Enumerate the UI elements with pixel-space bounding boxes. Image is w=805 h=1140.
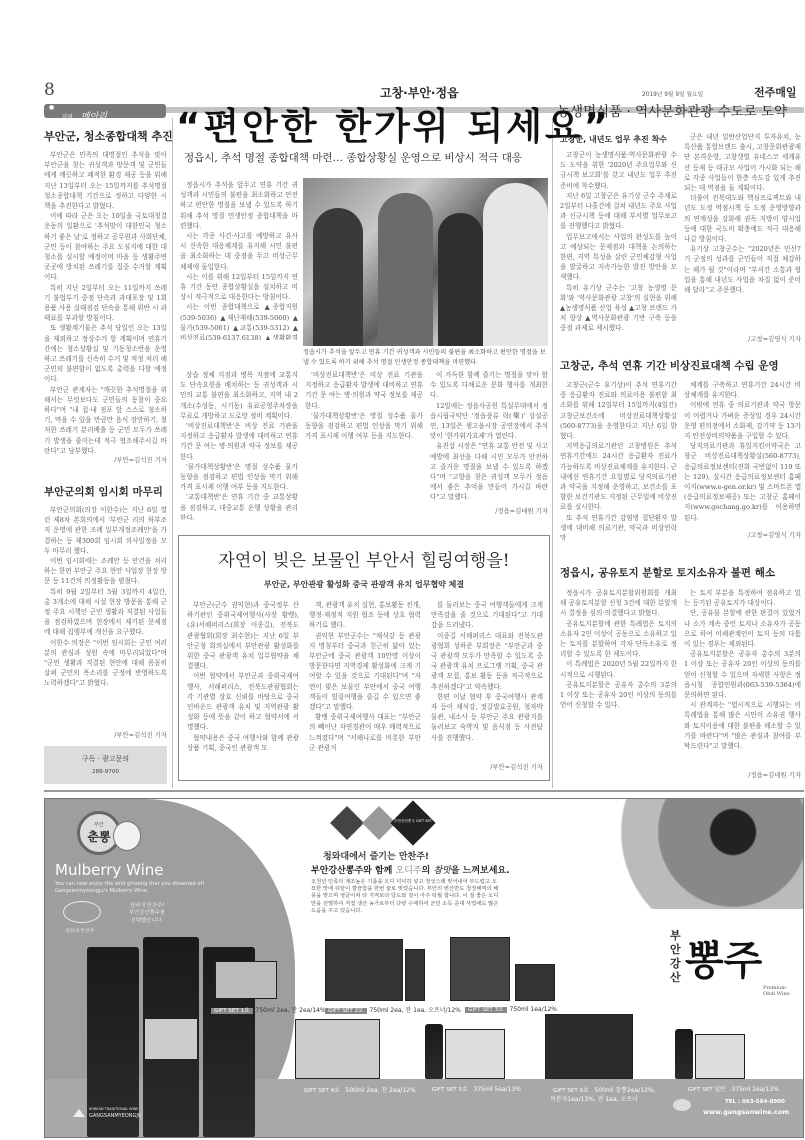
brand-logo-small: 부안 xyxy=(80,821,118,828)
paragraph: 부안군 관계자는 "깨끗한 추석명절을 위해서는 무엇보다도 군민들의 동참이 … xyxy=(44,385,167,456)
paragraph: 지난 6일 고창군은 유기상 군수 주재로 2일부터 나흘간에 걸쳐 내년도 주… xyxy=(560,191,677,232)
gift-set-box xyxy=(445,1029,505,1079)
paragraph: 정읍시가 공유토지분할위원회를 개최해 공유토지분할 신청 3건에 대한 분할개… xyxy=(560,588,677,619)
seal-text: 청와대 만찬주! 부안강산뽕주를 선택했습니다. xyxy=(117,903,177,925)
byline: /고창=김영식 기자 xyxy=(684,530,801,539)
byline: /고창=김영식 기자 xyxy=(684,334,801,343)
promo-calligraphy: 참맛 xyxy=(433,866,450,876)
photo-figure xyxy=(483,183,548,346)
paragraph: 고창군(군수 유기상)이 추석 연휴기간 중 응급환자 진료와 의료이용 불편함… xyxy=(560,380,677,441)
paragraph: 협약내용은 중국 여행사와 함께 관광상품 기획, 중국인 관광객 모 xyxy=(187,733,299,753)
paragraph: 부안군(군수 권익현)과 중국정부 산하기관인 중위국제여행사(사장 황뱅), … xyxy=(187,600,299,671)
diamond-image xyxy=(330,806,364,840)
feature-headline: 자연이 빚은 보물인 부안서 힐링여행을! xyxy=(179,546,549,571)
article-headline: 부안군, 청소종합대책 추진 xyxy=(44,128,173,144)
promo-body: 오천년 민족의 계조높은 기품을 오디 넉넉히 넣고 정성스레 빚어내어 부드럽… xyxy=(311,879,501,915)
article-body: 를 둘러보는 중국 여행객들에게 크게 만족감을 줄 것으로 기대된다"고 기대… xyxy=(431,600,543,758)
gift-set-label: GIFT SET 6호500ml 참뽕2ea/12%, 복분자1ea/13%, … xyxy=(550,1085,660,1103)
paper-name: 전주매일 xyxy=(754,84,797,100)
paragraph: 부안군의회(의장 이한수)는 지난 6일 열린 제8차 본회의에서 '부안군 리… xyxy=(44,505,167,556)
byline: /정읍=김대원 기자 xyxy=(430,506,548,515)
main-headline: “편안한 한가위 되세요” xyxy=(176,96,552,150)
paragraph: 이번 협약에서 부안군과 중위국제여행사, 서해퍼리스, 전북도관광협회는 각 … xyxy=(187,671,299,732)
paragraph: 정읍시가 추석을 앞두고 연휴 기간 귀성객과 시민들의 불편을 최소화하고 안… xyxy=(180,180,298,231)
feature-box: 자연이 빚은 보물인 부안서 힐링여행을! 부안군, 부안관광 활성화 중국 관… xyxy=(178,535,550,781)
column-divider xyxy=(172,118,173,788)
photo-figure xyxy=(313,208,363,346)
article-headline: 정읍시, 공유토지 분할로 토지소유자 불편 해소 xyxy=(560,565,775,580)
paragraph: 이밖에 연휴 중 의료기관과 약국 방문이 어렵거나 가벼운 증상일 경우 24… xyxy=(684,400,801,441)
mascot-icon xyxy=(113,821,141,851)
paragraph: 공유토지분할에 관한 특례법은 토지의 소유자 2인 이상이 공동으로 소유하고… xyxy=(560,619,677,660)
gift-set-box xyxy=(450,937,510,1001)
promo-line1: 청와대에서 즐기는 만찬주! xyxy=(323,849,429,862)
seal-caption: 청와대 만찬주 xyxy=(65,927,94,934)
bullet-icon: ● xyxy=(49,104,54,111)
gift-set-box xyxy=(405,949,425,1001)
paragraph: 특히 유기상 군수는 '고창 농생명 문화'와 '역사문화관광 고창'의 실현을… xyxy=(560,283,677,334)
gift-set-tag: GIFT SET 4호 xyxy=(301,1088,343,1094)
gift-set-label: GIFT SET 2호750ml 2ea, 잔 1ea, 오프너/12% xyxy=(325,1005,461,1014)
paragraph: 이종길 서해퍼리스 대표와 전북도관광협회 성하준 부회장은 "부안군과 중국 … xyxy=(431,631,543,692)
article-subheadline: 고창군, 내년도 업무 추진 착수 xyxy=(560,134,667,145)
paragraph: 당직의료기관과 휴일지킴이약국은 고창군 비상진료대책상황실(560-8773)… xyxy=(684,441,801,523)
gift-set-tag: GIFT SET 일반 xyxy=(685,1087,728,1093)
promo-text: 부안강산뽕주와 함께 xyxy=(311,866,396,876)
gift-set-label: GIFT SET 1호750ml 2ea, 잔 2ea/14% xyxy=(211,1005,326,1014)
article-body: 정읍시가 공유토지분할위원회를 개최해 공유토지분할 신청 3건에 대한 분할개… xyxy=(560,588,677,778)
paragraph: 더불어 전북대도와 핵심프로젝트와 내년도 도정 역점시책 등 도정 운영방향과… xyxy=(684,193,801,244)
paragraph: 객, 관광객 유치 실현, 홍보활동 전개, 행정·재정적 지원 협조 등에 상… xyxy=(309,600,421,631)
paragraph: 이번 임시회에는 조례안 등 안건을 처리하는 한편 부안군 주요 현안 사업장… xyxy=(44,556,167,587)
article-body: '비상진료대책반'은 비상 진료 기관을 지정하고 응급환자 발생에 대비하고 … xyxy=(305,370,423,520)
paragraph: 군은 내년 일반산업단지 투자유치, 농특산품 통합브랜드 출시, 고창문화관광… xyxy=(684,132,801,193)
photo-figure xyxy=(378,193,433,346)
article-headline: 고창군, 추석 연휴 기간 비상진료대책 수립 운영 xyxy=(560,358,779,373)
gift-set-box xyxy=(515,964,555,1001)
diamond-badge-text: 부안강산뽕주 GIFT SET xyxy=(391,819,435,824)
subscription-box: 구독 · 광고문의 288-9700 xyxy=(44,746,167,784)
article-body: 부안군(군수 권익현)과 중국정부 산하기관인 중위국제여행사(사장 황뱅), … xyxy=(187,600,299,770)
paragraph: 업무보고에서는 사업의 완성도를 높이고 예상되는 문제점과 대책을 논의하는 … xyxy=(560,232,677,283)
paragraph: 체계를 구축하고 연휴기간 24시간 비상체계를 유지한다. xyxy=(684,380,801,400)
gift-set-tag: GIFT SET 5호 xyxy=(429,1087,471,1093)
paragraph: 시는 이를 위해 12일부터 15일까지 연휴 기간 동안 종합상황실을 설치하… xyxy=(180,272,298,303)
gift-set-box xyxy=(295,1019,380,1079)
company-phone: TEL : 063-584-8900 xyxy=(725,1099,785,1105)
mulberry-image xyxy=(565,799,804,909)
paragraph: 는 토지 부분을 특정하여 점유하고 있는 등기된 공유토지가 대상이다. xyxy=(684,588,801,608)
article-body: 객, 관광객 유치 실현, 홍보활동 전개, 행정·재정적 지원 협조 등에 상… xyxy=(309,600,421,770)
column-divider xyxy=(552,118,553,788)
paragraph: '물가대책상황반'은 명절 성수품 물가 동향을 점검하고 편법 인상을 막기 … xyxy=(305,411,423,442)
gift-set-label: GIFT SET 일반375ml 2ea/13% xyxy=(685,1085,779,1093)
article-body: 부안군은 민족의 대명절인 추석을 맞아 부안군을 찾는 귀성객과 방문객 및 … xyxy=(44,150,167,460)
news-photo xyxy=(303,178,548,346)
paragraph: 부안군은 민족의 대명절인 추석을 맞아 부안군을 찾는 귀성객과 방문객 및 … xyxy=(44,150,167,211)
article-body: 고창군(군수 유기상)이 추석 연휴기간 중 응급환자 진료와 의료이용 불편함… xyxy=(560,380,677,540)
gift-set-spec: 375ml 2ea/13% xyxy=(731,1086,778,1093)
paragraph: 공유토지분할은 공유자 총수의 3분의 1 이상 또는 공유자 20인 이상의 … xyxy=(560,680,677,711)
paragraph: 특히 9월 2일부터 5월 3일까지 4일간, 총 3개소에 대해 시설 현장 … xyxy=(44,587,167,638)
byline: /부안=김석진 기자 xyxy=(44,455,167,464)
paragraph: 시는 이번 종합대책으로 ▲종합지원(539-5036) ▲재난재해(539-5… xyxy=(180,302,298,340)
wine-bottle xyxy=(675,1029,693,1079)
gift-set-spec: 375ml 5ea/13% xyxy=(474,1086,521,1093)
gift-set-label: GIFT SET 4호500ml 2ea, 잔 2ea/12% xyxy=(301,1085,416,1094)
gift-set-label: GIFT SET 5호375ml 5ea/13% xyxy=(429,1085,521,1093)
company-logo-icon xyxy=(673,1099,691,1111)
paragraph: 시 관계자는 "법시적으로 시행되는 이 특례법을 통해 많은 시민이 소유권 … xyxy=(684,700,801,751)
paragraph: 고창군이 농생명식품·역사문화관광 수도 도약을 위한 '2020년 주요업무와… xyxy=(560,150,677,191)
gift-set-box xyxy=(215,961,277,999)
gift-set-tag: GIFT SET 6호 xyxy=(550,1088,592,1094)
byline: /부안=김석진 기자 xyxy=(431,762,543,771)
company-website[interactable]: www.gangsanwine.com xyxy=(703,1108,789,1116)
gift-set-spec: 750ml 1ea/12% xyxy=(510,1006,557,1013)
premium-label: Premium Ohdi Wine xyxy=(763,985,793,997)
article-body: 군은 내년 일반산업단지 투자유치, 농특산품 통합브랜드 출시, 고창문화관광… xyxy=(684,132,801,332)
wine-bottle xyxy=(425,1024,443,1079)
paragraph: 한편 이날 협약 후 중국여행사 관계자 등이 채석강, 젓갈발효공원, 청자박… xyxy=(431,692,543,743)
paragraph: 단, 공유물 분할에 관한 판결이 있었거나 소가 계속 중인 토지나 소유자가… xyxy=(684,608,801,649)
gift-set-box xyxy=(325,939,403,1001)
ad-divider xyxy=(44,790,804,792)
paragraph: '물가대책상황반'은 명절 성수품 물가 동향을 점검하고 편법 인상을 막기 … xyxy=(180,462,298,493)
footer-brand-small: KOREAN TRADITIONAL WINE xyxy=(89,1107,139,1111)
subscription-phone: 288-9700 xyxy=(44,769,167,775)
photo-caption: 정읍시가 추석을 앞두고 연휴 기간 귀성객과 시민들의 불편을 최소화하고 편… xyxy=(303,348,548,367)
article-body: 정읍시가 추석을 앞두고 연휴 기간 귀성객과 시민들의 불편을 최소화하고 안… xyxy=(180,180,298,340)
paragraph: 시는 각종 사건·사고를 예방하고 유사시 신속한 대응체계를 유지해 시민 불… xyxy=(180,231,298,272)
article-body: 체계를 구축하고 연휴기간 24시간 비상체계를 유지한다. 이밖에 연휴 중 … xyxy=(684,380,801,528)
paragraph: 권익현 부안군수는 "채석강 등 관광지 명칭부터 중국과 친근히 닮아 있는 … xyxy=(309,631,421,713)
gift-set-spec: 750ml 2ea, 잔 1ea, 오프너/12% xyxy=(370,1007,461,1014)
gift-set-tag: GIFT SET 1호 xyxy=(211,1008,253,1014)
gift-set-label: GIFT SET 3호750ml 1ea/12% xyxy=(465,1005,557,1013)
paragraph: 유진섭 시장은 "연휴 교통 안전 및 사고 예방에 최선을 다해 시민 모두가… xyxy=(430,441,548,502)
article-body: 부안군의회(의장 이한수)는 지난 6일 열린 제8차 본회의에서 '부안군 리… xyxy=(44,505,167,730)
column-tag: ● 지역 메아리 xyxy=(44,104,166,118)
column-tag-name: 메아리 xyxy=(81,112,107,122)
paragraph: 지역응급의료기관인 고창병원은 추석 연휴기간에도 24시간 응급환자 진료가 … xyxy=(560,441,677,512)
paragraph: '비상진료대책반'은 비상 진료 기관을 지정하고 응급환자 발생에 대비하고 … xyxy=(305,370,423,411)
gift-set-box xyxy=(695,1034,745,1079)
paragraph: '교통대책반'은 연휴 기간 중 교통상황을 점검하고, 대중교통 운행 상황을… xyxy=(180,492,298,520)
product-title: Mulberry Wine xyxy=(55,861,164,879)
blue-house-seal-icon xyxy=(63,901,101,923)
article-body: 는 토지 부분을 특정하여 점유하고 있는 등기된 공유토지가 대상이다. 단,… xyxy=(684,588,801,766)
gift-set-spec: 750ml 2ea, 잔 2ea/14% xyxy=(256,1007,326,1014)
paragraph: 이에 따라 군은 오는 10일을 국토대청결운동의 일환으로 '추석맞이 대한민… xyxy=(44,211,167,282)
byline: /부안=김석진 기자 xyxy=(44,730,167,739)
paragraph: 특히 지난 2일부터 오는 11일까지 쓰레기 불법투기 중점 단속과 과대포장… xyxy=(44,283,167,324)
promo-highlight: 오디주 xyxy=(396,866,422,876)
gift-set-box xyxy=(545,1014,633,1079)
article-body: 상습 정체 지점과 병목 지점에 교통지도 단속요원을 배치하는 등 귀성객과 … xyxy=(180,370,298,520)
photo-figure xyxy=(438,213,483,346)
page-number: 8 xyxy=(44,80,55,100)
article-headline: 부안군의회 임시회 마무리 xyxy=(44,484,163,499)
paragraph: 이 가득한 함께 즐기는 명절을 맞아 할 수 있도록 다채로운 문화 행사를 … xyxy=(430,370,548,401)
paragraph: 유기상 고창군수는 "2020년은 민선7기 군정의 성과를 군민들이 직접 체… xyxy=(684,244,801,295)
paragraph: 이한수 의장은 "이번 임시회는 군민 여러분의 관심과 성원 속에 마무리되었… xyxy=(44,638,167,689)
calligraphy-small: 부안강산 xyxy=(670,929,682,985)
gift-set-tag: GIFT SET 3호 xyxy=(465,1007,507,1013)
product-tagline: You can now enjoy the wild ginseng that … xyxy=(55,881,235,895)
promo-text: 을 느껴보세요. xyxy=(451,866,510,876)
feature-subheadline: 부안군, 부안관광 활성화 중국 관광객 유치 업무협약 체결 xyxy=(179,579,549,590)
paragraph: 공유토지분할은 공유자 총수의 3분의 1 이상 또는 공유자 20인 이상의 … xyxy=(684,649,801,700)
article-body: 고창군이 농생명식품·역사문화관광 수도 도약을 위한 '2020년 주요업무와… xyxy=(560,150,677,342)
paragraph: 황뱅 중위국제여행사 대표는 "부안군의 빼어난 자연경관이 매우 매력적으로 … xyxy=(309,712,421,753)
gift-set-tag: GIFT SET 2호 xyxy=(325,1008,367,1014)
paragraph: '비상진료대책반'은 비상 진료 기관을 지정하고 응급환자 발생에 대비하고 … xyxy=(180,421,298,462)
paragraph: 를 둘러보는 중국 여행객들에게 크게 만족감을 줄 것으로 기대된다"고 기대… xyxy=(431,600,543,631)
paragraph: 이 특례법은 2020년 5월 22일까지 한시적으로 시행된다. xyxy=(560,659,677,679)
article-body: 이 가득한 함께 즐기는 명절을 맞아 할 수 있도록 다채로운 문화 행사를 … xyxy=(430,370,548,505)
main-subheadline: 정읍시, 추석 명절 종합대책 마련… 종합상황실 운영으로 비상시 적극 대응 xyxy=(184,150,522,165)
column-tag-prefix: 지역 xyxy=(61,114,73,121)
footer-brand: GANGSANMYEONGJU xyxy=(89,1113,142,1119)
paragraph: 또 생활계기물은 추석 당일인 오는 13일을 제외하고 정상수거 할 계획이며… xyxy=(44,323,167,384)
paragraph: 상습 정체 지점과 병목 지점에 교통지도 단속요원을 배치하는 등 귀성객과 … xyxy=(180,370,298,421)
article-headline: 농생명식품 · 역사문화관광 수도로 도약 xyxy=(557,100,787,120)
promo-text: 의 xyxy=(422,866,434,876)
issue-date: 2019년 9월 9일 월요일 xyxy=(642,89,703,98)
paragraph: 12일에는 정읍사공원 특설무대에서 정읍시립국악단 '정읍풍류 락(樂)' 상… xyxy=(430,401,548,442)
paragraph: 또 추석 연휴기간 감염병 집단환자 발생에 대비해 의료기관, 약국과 비상연… xyxy=(560,513,677,540)
wine-advertisement[interactable]: 부안 춘뽕 Mulberry Wine You can now enjoy th… xyxy=(44,798,804,1138)
calligraphy-big: 뽕주 xyxy=(685,929,762,986)
promo-line2: 부안강산뽕주와 함께 오디주의 참맛을 느껴보세요. xyxy=(311,863,510,876)
bottle-label xyxy=(145,1019,197,1059)
gift-set-spec: 500ml 2ea, 잔 2ea/12% xyxy=(346,1087,416,1094)
subscription-label: 구독 · 광고문의 xyxy=(44,754,167,764)
byline: /정읍=김대원 기자 xyxy=(684,770,801,779)
